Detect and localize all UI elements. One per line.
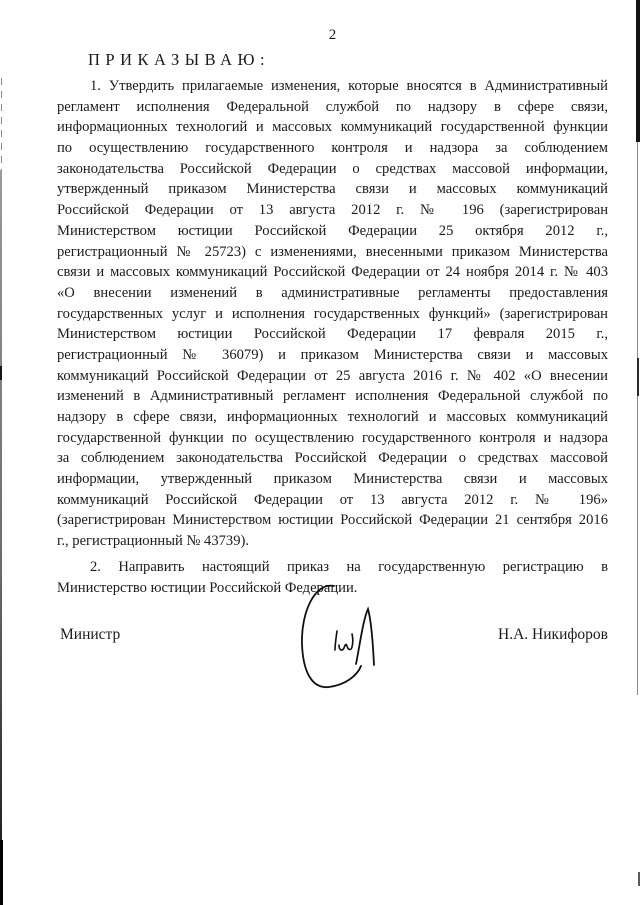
scan-edge-dashed-left (1, 78, 2, 170)
scan-mark-right-dark (637, 358, 639, 396)
paragraph-1: 1. Утвердить прилагаемые изменения, кото… (57, 76, 608, 552)
text-line: государственной функции по осуществлению… (57, 428, 608, 449)
text-line: г., регистрационный № 43739). (57, 531, 608, 552)
text-line: государственных услуг и исполнения госуд… (57, 304, 608, 325)
document-page: 2 ПРИКАЗЫВАЮ: 1. Утвердить прилагаемые и… (0, 0, 640, 905)
text-line: коммуникаций Российской Федерации от 25 … (57, 366, 608, 387)
page-number: 2 (57, 27, 608, 44)
text-line: Министерством юстиции Российской Федерац… (57, 221, 608, 242)
order-heading: ПРИКАЗЫВАЮ: (88, 50, 270, 70)
scan-mark-right-bar (636, 0, 640, 142)
scan-mark-left-dark (0, 366, 2, 380)
order-body: 1. Утвердить прилагаемые изменения, кото… (57, 76, 608, 598)
text-line: надзору в сфере связи, информационных те… (57, 407, 608, 428)
text-line: «О внесении изменений в административные… (57, 283, 608, 304)
signer-name: Н.А. Никифоров (498, 626, 608, 644)
text-line: регистрационный № 36079) и приказом Мини… (57, 345, 608, 366)
text-line: информационных технологий и массовых ком… (57, 117, 608, 138)
text-line: изменений в Административный регламент и… (57, 386, 608, 407)
scan-mark-left-bottom (0, 840, 3, 905)
signature-scribble (282, 572, 392, 702)
text-line: утвержденный приказом Министерства связи… (57, 179, 608, 200)
text-line: Российской Федерации от 13 августа 2012 … (57, 200, 608, 221)
scan-edge-line-right (637, 142, 638, 695)
text-line: коммуникаций Российской Федерации от 13 … (57, 490, 608, 511)
text-line: законодательства Российской Федерации о … (57, 159, 608, 180)
text-line: информации, утвержденный приказом Минист… (57, 469, 608, 490)
signer-title: Министр (60, 626, 120, 644)
text-line: регламент исполнения Федеральной службой… (57, 97, 608, 118)
text-line: за соблюдением законодательства Российск… (57, 448, 608, 469)
text-line: Министерством юстиции Российской Федерац… (57, 324, 608, 345)
text-line: по осуществлению государственного контро… (57, 138, 608, 159)
text-line: связи и массовых коммуникаций Российской… (57, 262, 608, 283)
text-line: 1. Утвердить прилагаемые изменения, кото… (57, 76, 608, 97)
text-line: (зарегистрирован Министерством юстиции Р… (57, 510, 608, 531)
text-line: регистрационный № 25723) с изменениями, … (57, 242, 608, 263)
scan-edge-line-left (0, 170, 2, 840)
